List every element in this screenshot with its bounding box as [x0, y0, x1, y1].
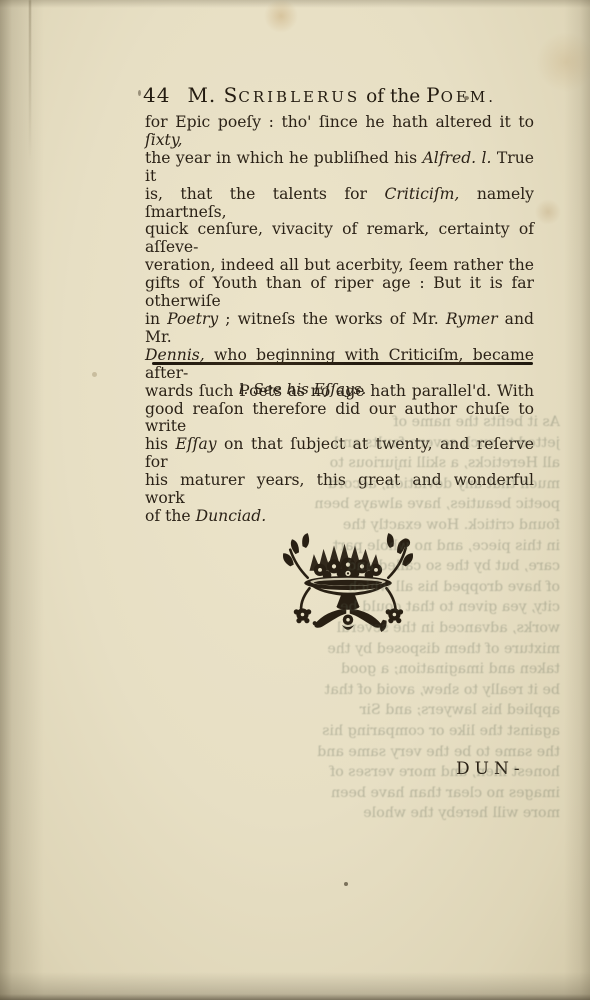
footnote: l. See his Eſſays. [105, 380, 500, 398]
paper-crease [29, 0, 31, 160]
ink-speck [138, 90, 141, 96]
foxing-spot [92, 372, 97, 377]
running-title: M. SCRIBLERUS of the POEM. [187, 87, 496, 106]
running-header: 44M. SCRIBLERUS of the POEM. [143, 83, 543, 107]
body-text: for Epic poeſy : tho' ſince he hath alte… [145, 114, 534, 526]
page-number: 44 [143, 83, 170, 107]
catchword: DUN- [456, 759, 525, 779]
ink-speck [344, 882, 348, 886]
book-page-scan: 44M. SCRIBLERUS of the POEM. for Epic po… [0, 0, 590, 1000]
flower-bowl-woodcut-ornament-icon [278, 521, 418, 645]
footnote-rule [152, 362, 533, 365]
